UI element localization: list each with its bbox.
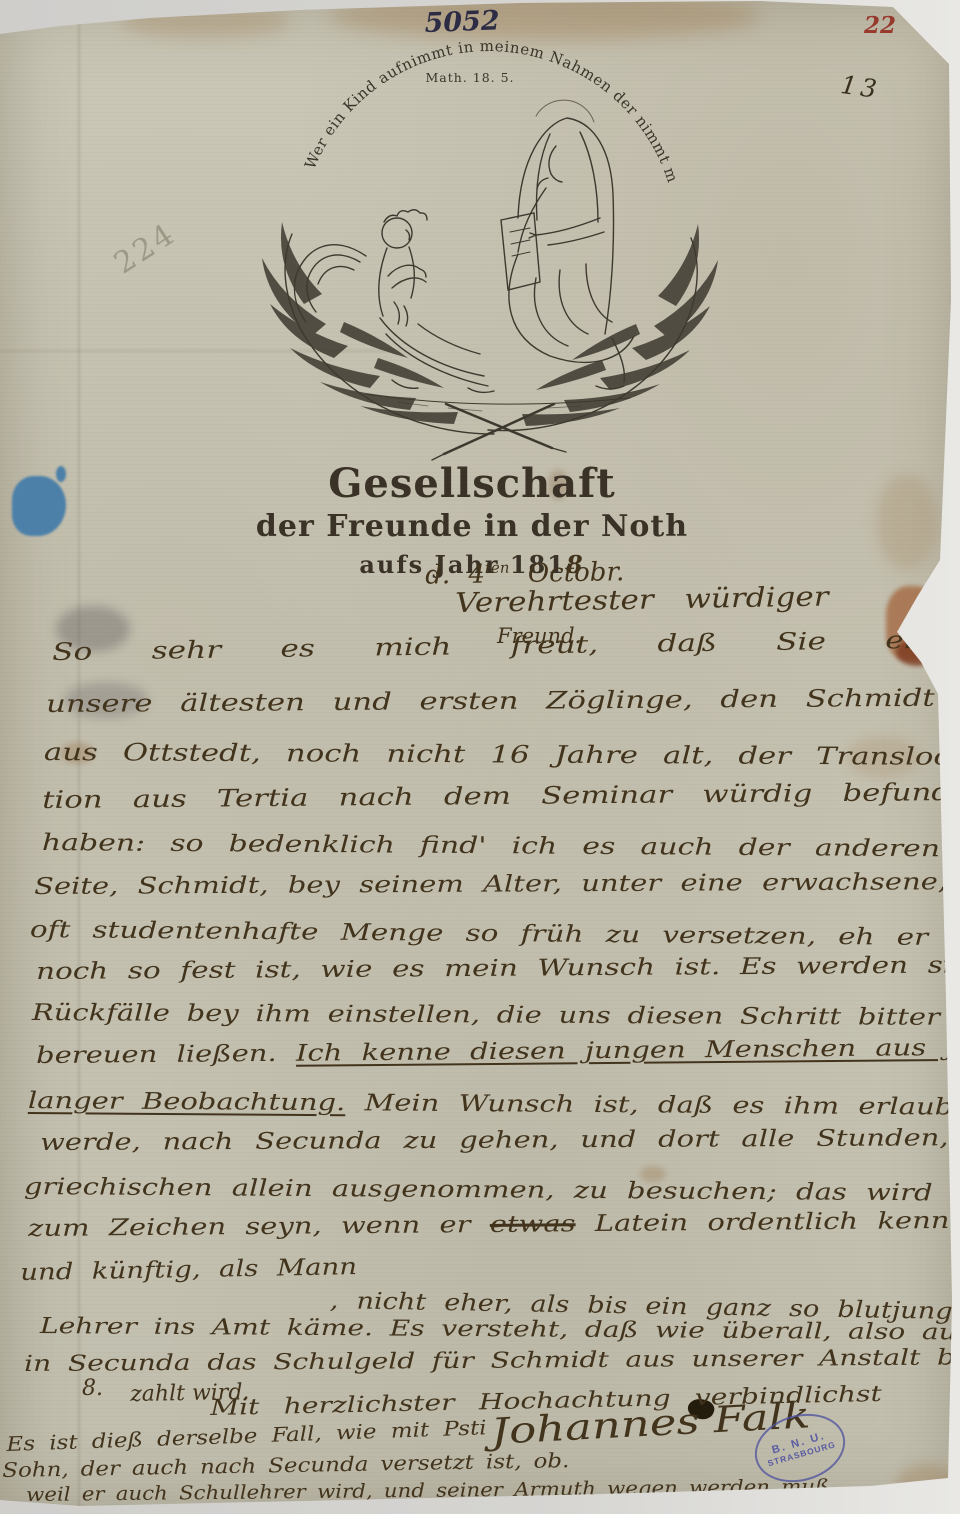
body-line: in Secunda das Schulgeld für Schmidt aus… (24, 1345, 960, 1377)
page-number-red: 22 (864, 12, 896, 39)
society-name: Gesellschaft (0, 460, 944, 507)
letter-page: 5052 22 13 224 Wer ein Kind aufnimmt in … (0, 0, 960, 1514)
foxing-stain (120, 4, 290, 38)
date-superscript: ten (485, 559, 510, 577)
body-line: griechischen allein ausgenommen, zu besu… (24, 1174, 960, 1207)
body-line: aus Ottstedt, noch nicht 16 Jahre alt, d… (44, 738, 960, 771)
body-line: langer Beobachtung. Mein Wunsch ist, daß… (28, 1088, 960, 1121)
postscript-line: weil er auch Schullehrer wird, und seine… (26, 1476, 836, 1506)
underlined-passage: Ich kenne diesen jungen Menschen aus jah… (296, 1034, 960, 1067)
scripture-reference: Math. 18. 5. (425, 70, 514, 85)
body-text: Latein ordentlich kennt, (575, 1208, 960, 1237)
body-line: bereuen ließen. Ich kenne diesen jungen … (36, 1034, 960, 1069)
body-line: unsere ältesten und ersten Zöglinge, den… (46, 684, 935, 718)
body-line: Seite, Schmidt, bey seinem Alter, unter … (34, 869, 947, 900)
salutation-line: Verehrtester würdiger (455, 581, 829, 619)
body-line: noch so fest ist, wie es mein Wunsch ist… (36, 952, 960, 985)
corner-number: 13 (839, 70, 882, 104)
wreath-and-figures (262, 100, 718, 460)
body-line: So sehr es mich freut, daß Sie einen (52, 625, 960, 666)
body-line: Lehrer ins Amt käme. Es versteht, daß wi… (40, 1314, 960, 1346)
body-text: Mein Wunsch ist, daß es ihm erlaubt (345, 1090, 960, 1120)
foxing-stain (896, 1464, 960, 1506)
society-subtitle: der Freunde in der Noth (0, 509, 944, 544)
body-line: tion aus Tertia nach dem Seminar würdig … (42, 778, 960, 814)
body-text: zum Zeichen seyn, wenn er (28, 1212, 490, 1242)
foxing-stain (330, 0, 760, 40)
body-line: oft studentenhafte Menge so früh zu vers… (30, 917, 929, 951)
pencil-number: 224 (108, 216, 183, 281)
underlined-passage: langer Beobachtung. (28, 1088, 346, 1116)
scanned-letter-scene: 5052 22 13 224 Wer ein Kind aufnimmt in … (0, 0, 960, 1514)
body-line: Rückfälle bey ihm einstellen, die uns di… (32, 1000, 940, 1031)
body-line: werde, nach Secunda zu gehen, und dort a… (40, 1125, 960, 1156)
struck-word: etwas (490, 1211, 576, 1238)
body-line: und künftig, als Mann (20, 1254, 357, 1286)
body-line: haben: so bedenklich find' ich es auch d… (42, 830, 940, 862)
body-line: zum Zeichen seyn, wenn er etwas Latein o… (28, 1208, 960, 1242)
body-text: weil er auch Schullehrer wird, und seine… (26, 1477, 689, 1506)
angel-and-mary-engraving: Wer ein Kind aufnimmt in meinem Nahmen d… (248, 36, 732, 466)
margin-number: 8. (82, 1376, 103, 1401)
date-prefix: d. 4 (425, 560, 485, 591)
arc-scripture-text: Wer ein Kind aufnimmt in meinem Nahmen d… (248, 36, 682, 185)
body-text: bereuen ließen. (36, 1041, 296, 1069)
underlined-passage: werden muß. (689, 1476, 836, 1500)
inventory-number: 5052 (424, 5, 500, 39)
